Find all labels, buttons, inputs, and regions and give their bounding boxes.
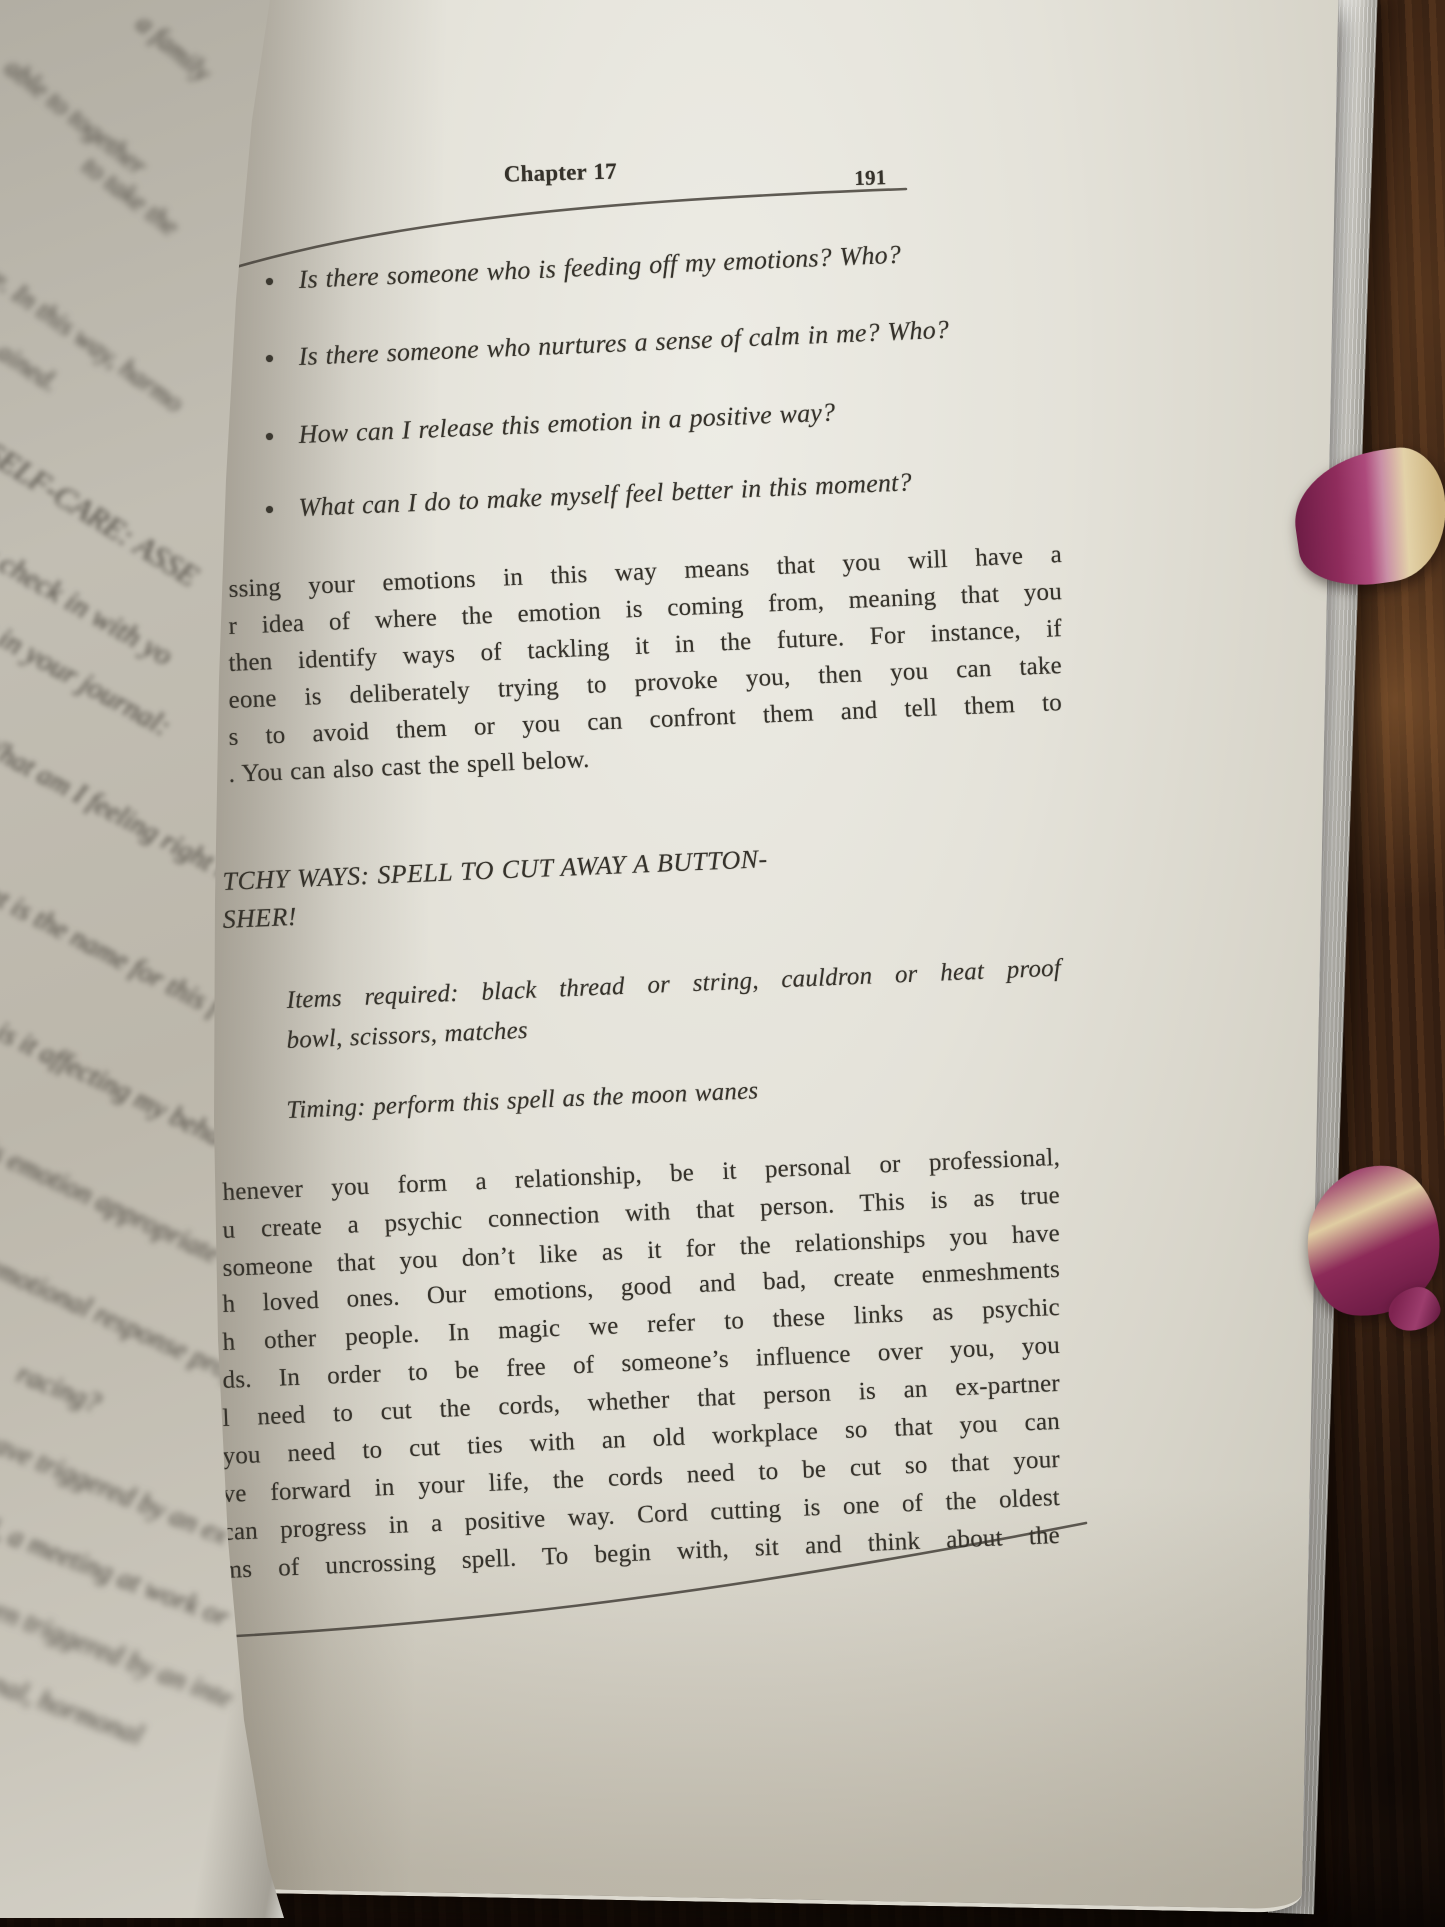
left-page-fragment: hat is the name for this f — [0, 872, 225, 1024]
left-page-fragment: w is it affecting my beha — [0, 1005, 227, 1153]
photo-of-open-book: Chapter 17 191 Is there someone who is f… — [0, 0, 1445, 1927]
spell-heading-line: SHER! — [222, 901, 297, 935]
left-page-fragment: racing? — [12, 1358, 105, 1420]
left-page-fragment: a family — [130, 8, 217, 88]
left-page-fragment: nal, hormonal — [0, 1668, 147, 1752]
left-page-fragment: ware. In this way, harmo — [0, 240, 189, 419]
left-page-fragment: ained. — [0, 336, 64, 398]
left-page-fragment: his emotion appropriate t — [0, 1128, 238, 1277]
left-page-fragment: What am I feeling right n — [0, 728, 237, 889]
page-number: 191 — [854, 165, 887, 191]
left-page-fragment: able to together — [0, 52, 153, 182]
